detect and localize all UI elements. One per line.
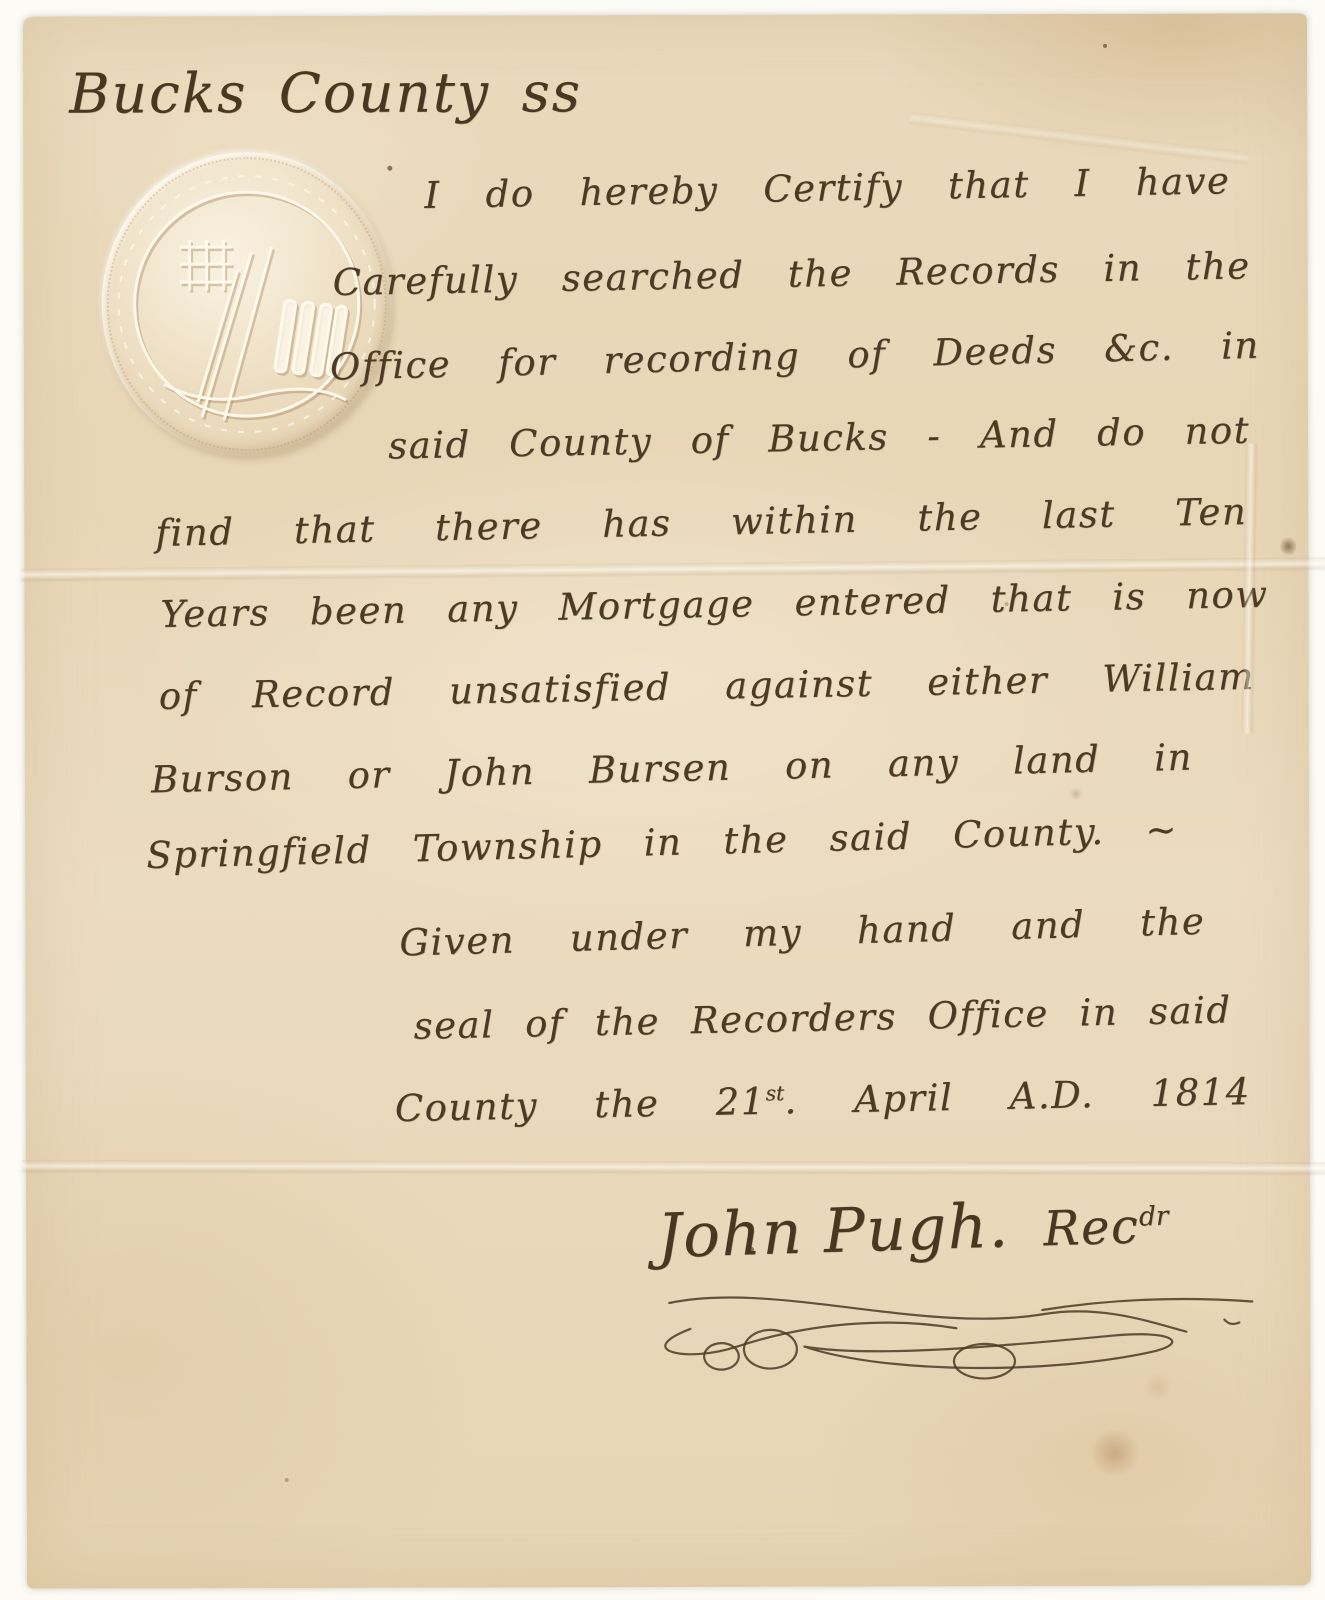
paper-stain bbox=[1089, 1430, 1141, 1476]
ink-speck bbox=[387, 166, 392, 171]
signature-title: Recdr bbox=[1043, 1198, 1170, 1258]
handwritten-line: Years been any Mortgage entered that is … bbox=[160, 573, 1269, 638]
handwritten-line: of Record unsatisfied against either Wil… bbox=[158, 655, 1255, 719]
handwritten-line: Given under my hand and the bbox=[399, 900, 1206, 966]
date-prefix: County the 21 bbox=[394, 1080, 766, 1130]
signature: John Pugh.Recdr bbox=[656, 1185, 1170, 1274]
handwritten-line: I do hereby Certify that I have bbox=[424, 159, 1231, 218]
document-paper: Bucks County ss bbox=[23, 13, 1311, 1588]
scanned-document-page: { "document": { "heading": "Bucks County… bbox=[0, 0, 1325, 1600]
document-heading: Bucks County ss bbox=[69, 59, 582, 126]
handwritten-line: find that there has within the last Ten bbox=[155, 490, 1248, 556]
date-suffix: . April A.D. 1814 bbox=[784, 1070, 1251, 1122]
handwritten-line: Office for recording of Deeds &c. in bbox=[329, 324, 1260, 390]
paper-stain bbox=[1280, 535, 1296, 557]
handwritten-line: said County of Bucks - And do not bbox=[388, 409, 1251, 469]
fold-crease bbox=[22, 1160, 1325, 1176]
corner-crease bbox=[910, 112, 1249, 166]
handwritten-line: seal of the Recorders Office in said bbox=[413, 988, 1232, 1049]
date-ordinal: st bbox=[765, 1081, 784, 1105]
paper-stain bbox=[1143, 1374, 1173, 1400]
ink-speck bbox=[1103, 44, 1107, 48]
handwritten-line: Springfield Township in the said County.… bbox=[146, 808, 1179, 878]
signature-flourish-icon bbox=[624, 1275, 1280, 1393]
handwritten-line: Carefully searched the Records in the bbox=[332, 244, 1251, 305]
date-line: County the 21st. April A.D. 1814 bbox=[394, 1070, 1251, 1132]
ink-speck bbox=[285, 1478, 289, 1482]
handwritten-line: Burson or John Bursen on any land in bbox=[151, 736, 1194, 803]
paper-stain bbox=[1069, 788, 1083, 800]
signature-name: John Pugh. bbox=[656, 1190, 1010, 1272]
signature-title-prefix: Rec bbox=[1043, 1198, 1141, 1257]
signature-title-sup: dr bbox=[1139, 1201, 1169, 1233]
